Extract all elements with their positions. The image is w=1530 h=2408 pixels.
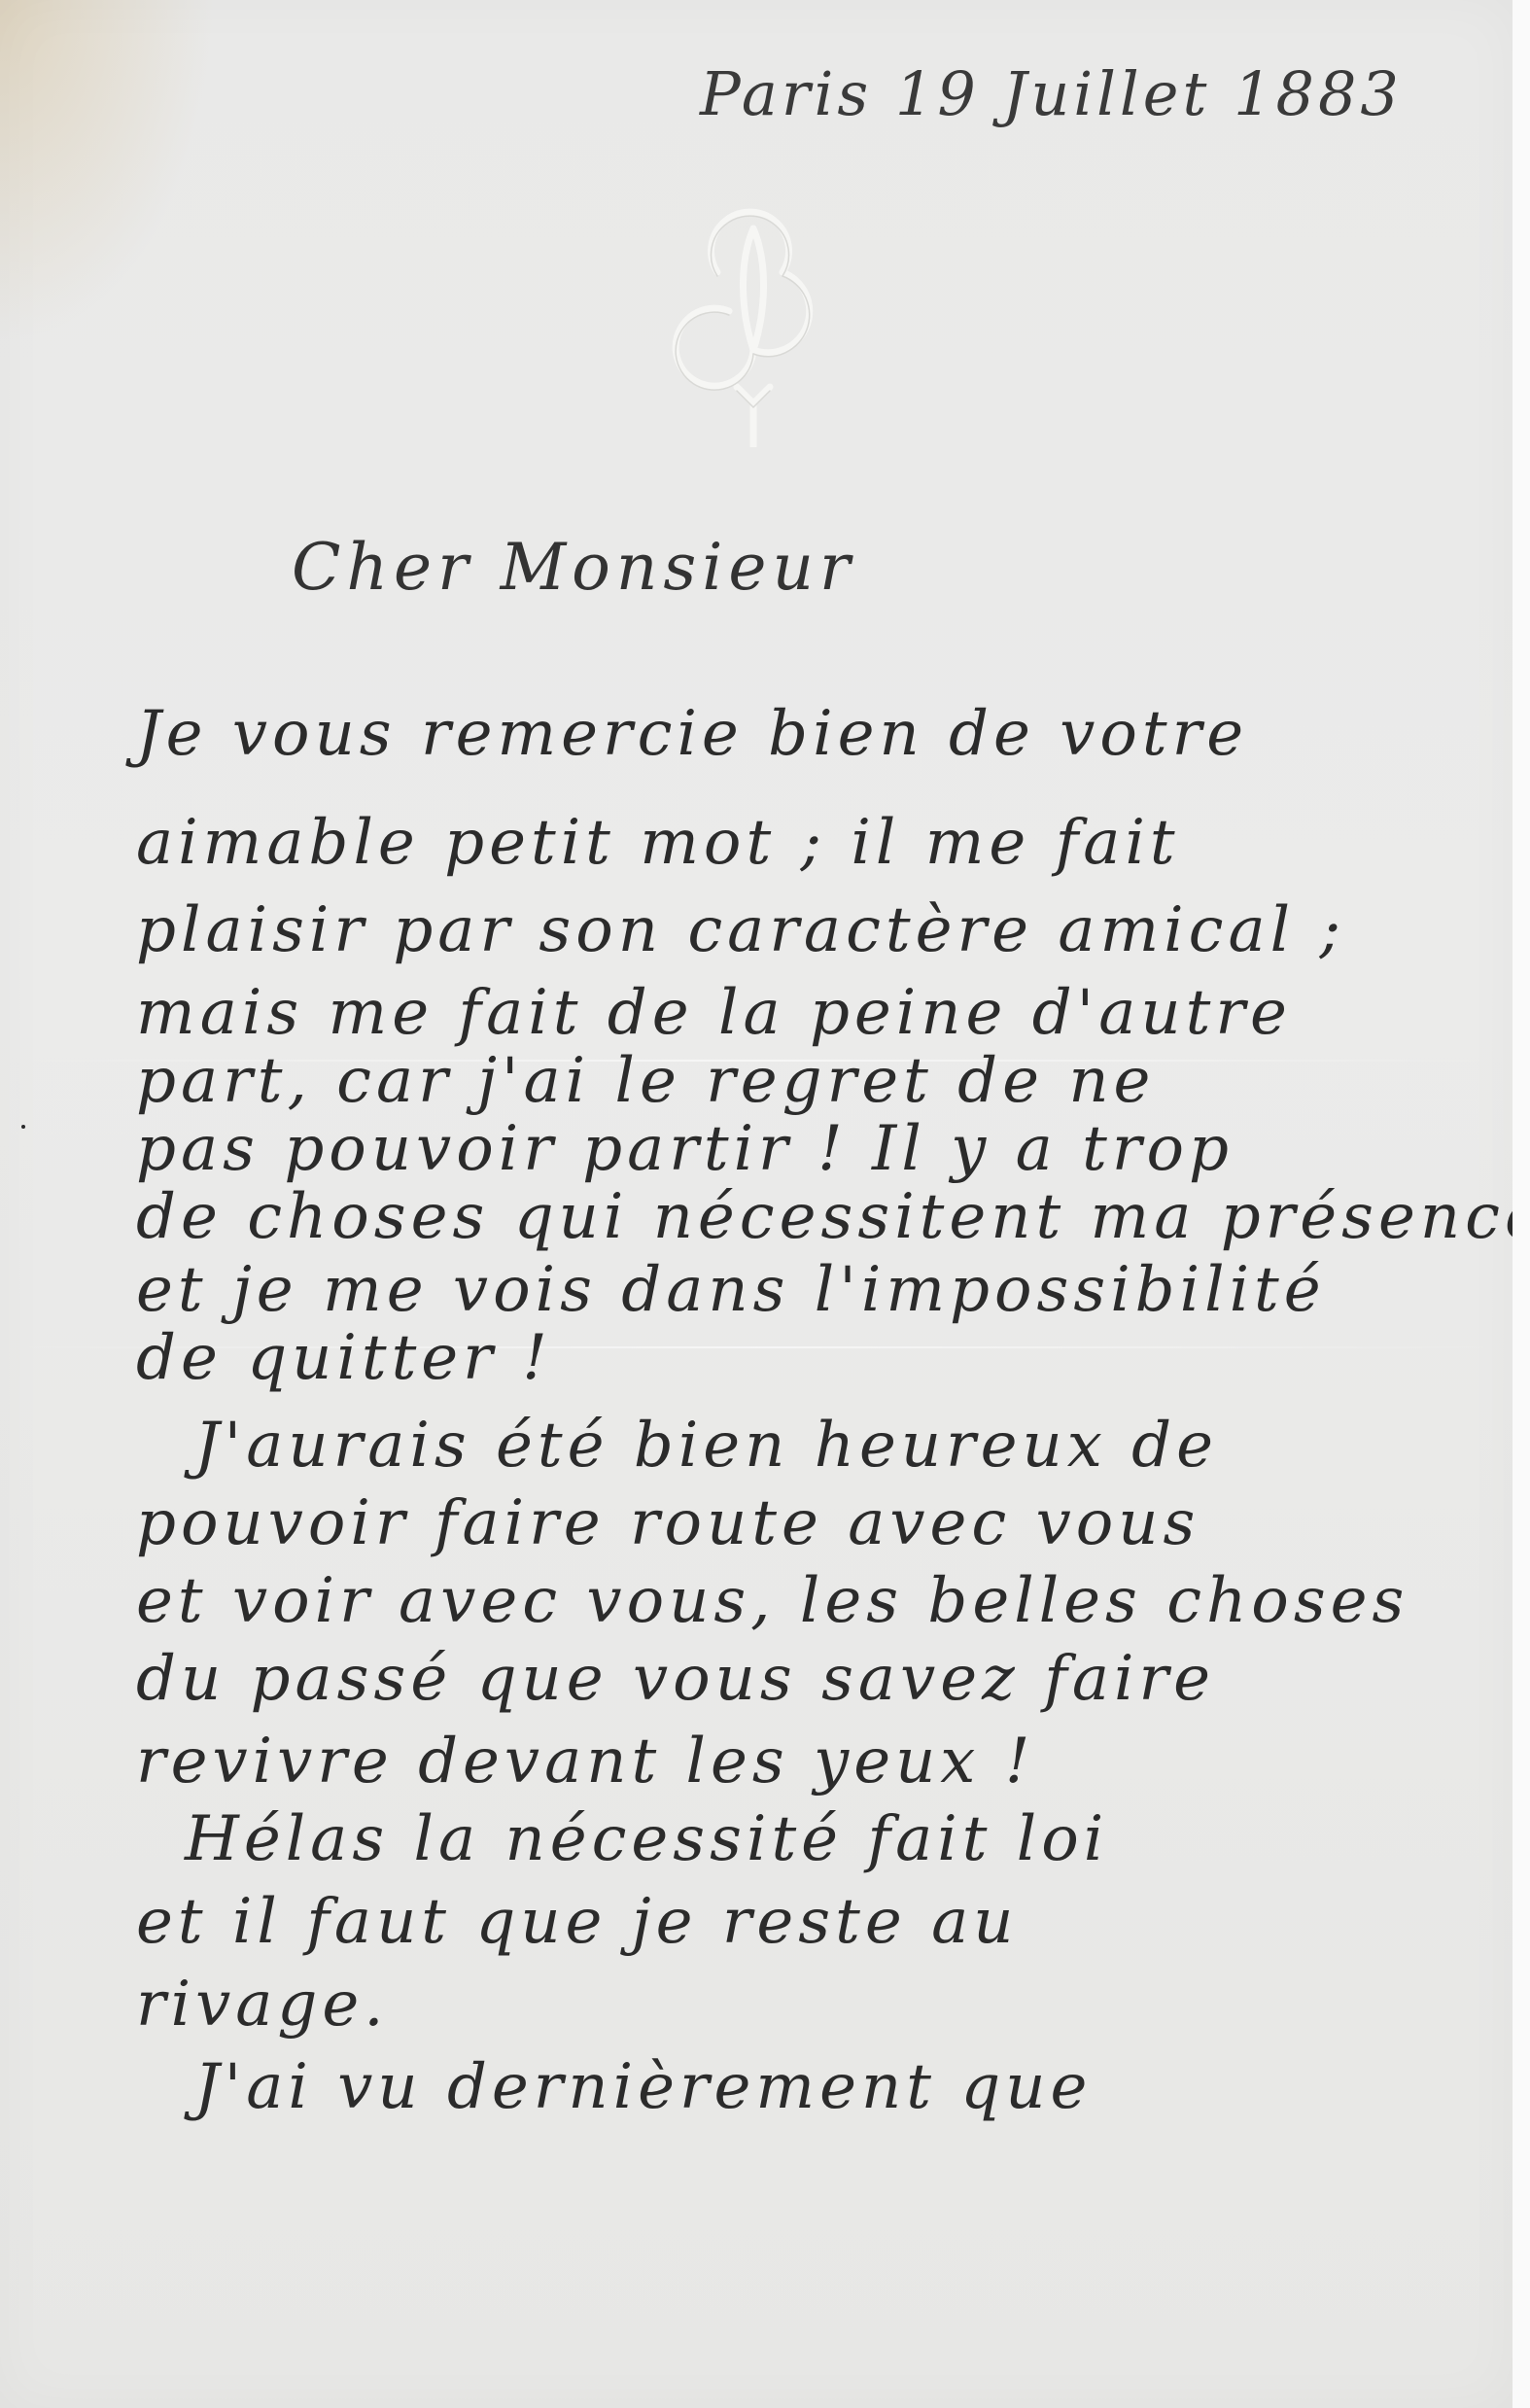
letter-line: du passé que vous savez faire [136, 1643, 1215, 1715]
letter-line: part, car j'ai le regret de ne [136, 1045, 1155, 1117]
letter-line: mais me fait de la peine d'autre [136, 977, 1292, 1049]
letter-line: J'ai vu dernièrement que [194, 2051, 1092, 2123]
letter-line: et il faut que je reste au [136, 1886, 1018, 1958]
trefoil-monogram-icon [661, 204, 846, 447]
ink-speck [21, 1125, 25, 1129]
letter-line: Je vous remercie bien de votre [136, 698, 1248, 770]
letter-line: pouvoir faire route avec vous [136, 1487, 1200, 1559]
letter-salutation: Cher Monsieur [292, 530, 856, 605]
letter-line: Hélas la nécessité fait loi [185, 1803, 1108, 1875]
letter-line: rivage. [136, 1969, 389, 2041]
letter-line: J'aurais été bien heureux de [194, 1410, 1218, 1482]
letter-line: et voir avec vous, les belles choses [136, 1565, 1408, 1637]
letter-page: Paris 19 Juillet 1883 Cher Monsieur Je v… [0, 0, 1514, 2408]
letter-line: pas pouvoir partir ! Il y a trop [136, 1113, 1234, 1185]
letter-line: de choses qui nécessitent ma présence [136, 1181, 1530, 1253]
letter-line: de quitter ! [136, 1322, 552, 1394]
scan-background [1513, 0, 1530, 2408]
letter-line: et je me vois dans l'impossibilité [136, 1254, 1326, 1326]
letter-line: plaisir par son caractère amical ; [136, 894, 1345, 966]
letter-line: revivre devant les yeux ! [136, 1726, 1034, 1797]
letter-line: aimable petit mot ; il me fait [136, 807, 1180, 879]
letter-dateline: Paris 19 Juillet 1883 [700, 58, 1403, 129]
